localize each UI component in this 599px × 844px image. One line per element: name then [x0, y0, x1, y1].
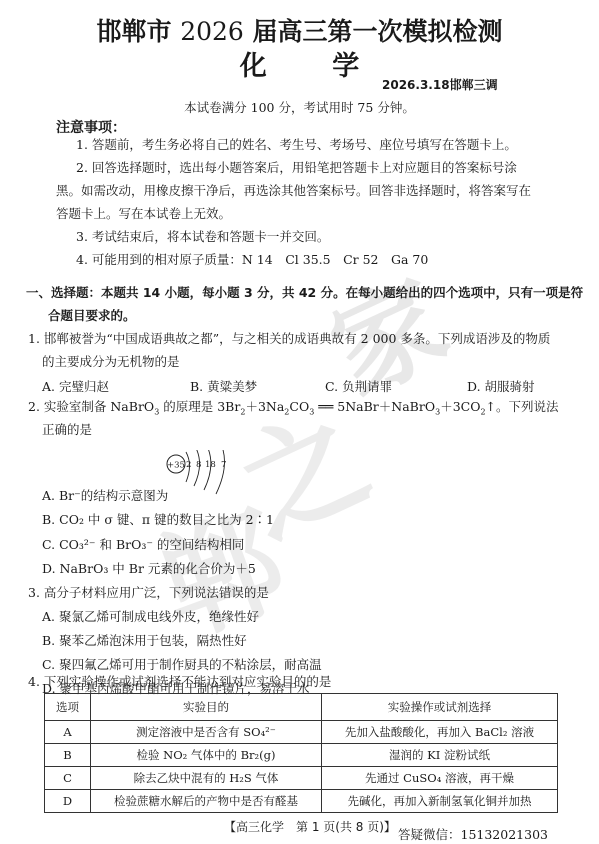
cell-option: D — [45, 790, 91, 813]
notice-item-4: 4. 可能用到的相对原子质量：N 14 Cl 35.5 Cr 52 Ga 70 — [76, 249, 428, 272]
cell-purpose: 除去乙炔中混有的 H₂S 气体 — [91, 767, 322, 790]
q2-stem-part: ＋3Na — [245, 399, 284, 414]
cell-operation: 先通过 CuSO₄ 溶液，再干燥 — [322, 767, 558, 790]
notice-item-2: 2. 回答选择题时，选出每小题答案后，用铅笔把答题卡上对应题目的答案标号涂 — [76, 157, 517, 180]
table-row: D 检验蔗糖水解后的产物中是否有醛基 先碱化，再加入新制氢氧化铜并加热 — [45, 790, 558, 813]
q4-stem: 4. 下列实验操作或试剂选择不能达到对应实验目的的是 — [28, 672, 331, 690]
q2-stem-part: ＋3CO — [440, 399, 480, 414]
header-purpose: 实验目的 — [91, 694, 322, 721]
q1-option-b: B. 黄粱美梦 — [190, 377, 257, 395]
table-row: C 除去乙炔中混有的 H₂S 气体 先通过 CuSO₄ 溶液，再干燥 — [45, 767, 558, 790]
section-heading: 一、选择题：本题共 14 小题，每小题 3 分，共 42 分。在每小题给出的四个… — [26, 282, 583, 305]
subject-char: 学 — [332, 44, 359, 83]
experiment-table: 选项 实验目的 实验操作或试剂选择 A 测定溶液中是否含有 SO₄²⁻ 先加入盐… — [44, 693, 558, 813]
svg-text:7: 7 — [221, 460, 226, 470]
notice-item-2-cont2: 答题卡上。写在本试卷上无效。 — [56, 203, 231, 226]
exam-title: 邯郸市 2026 届高三第一次模拟检测 — [0, 12, 599, 48]
cell-purpose: 检验蔗糖水解后的产物中是否有醛基 — [91, 790, 322, 813]
q1-option-a: A. 完璧归赵 — [42, 377, 109, 395]
header-operation: 实验操作或试剂选择 — [322, 694, 558, 721]
cell-operation: 湿润的 KI 淀粉试纸 — [322, 744, 558, 767]
q2-stem-part: CO — [289, 399, 309, 414]
title-suffix: 届高三第一次模拟检测 — [253, 17, 503, 46]
svg-text:18: 18 — [205, 460, 216, 470]
table-row: A 测定溶液中是否含有 SO₄²⁻ 先加入盐酸酸化，再加入 BaCl₂ 溶液 — [45, 721, 558, 744]
header-option: 选项 — [45, 694, 91, 721]
q3-option-a: A. 聚氯乙烯可制成电线外皮，绝缘性好 — [42, 607, 259, 625]
cell-purpose: 检验 NO₂ 气体中的 Br₂(g) — [91, 744, 322, 767]
title-prefix: 邯郸市 — [96, 17, 171, 46]
q2-option-b: B. CO₂ 中 σ 键、π 键的数目之比为 2∶1 — [42, 510, 274, 528]
notice-item-2-cont: 黑。如需改动，用橡皮擦干净后，再选涂其他答案标号。回答非选择题时，将答案写在 — [56, 180, 531, 203]
q2-stem: 2. 实验室制备 NaBrO3 的原理是 3Br2＋3Na2CO3 ══ 5Na… — [28, 396, 559, 419]
cell-option: B — [45, 744, 91, 767]
cell-option: C — [45, 767, 91, 790]
cell-option: A — [45, 721, 91, 744]
exam-info: 本试卷满分 100 分，考试用时 75 分钟。 — [0, 98, 599, 116]
q1-option-c: C. 负荆请罪 — [325, 377, 392, 395]
notice-item-1: 1. 答题前，考生务必将自己的姓名、考生号、考场号、座位号填写在答题卡上。 — [76, 134, 517, 157]
q2-option-c: C. CO₃²⁻ 和 BrO₃⁻ 的空间结构相同 — [42, 535, 244, 553]
wechat-contact: 答疑微信：15132021303 — [398, 825, 548, 843]
notice-item-3: 3. 考试结束后，将本试卷和答题卡一并交回。 — [76, 226, 329, 249]
section-heading-cont: 合题目要求的。 — [48, 305, 136, 328]
table-row: B 检验 NO₂ 气体中的 Br₂(g) 湿润的 KI 淀粉试纸 — [45, 744, 558, 767]
svg-text:+35: +35 — [167, 461, 185, 471]
svg-text:8: 8 — [196, 460, 201, 470]
cell-purpose: 测定溶液中是否含有 SO₄²⁻ — [91, 721, 322, 744]
q2-stem-part: ↑。下列说法 — [486, 399, 559, 414]
q2-stem-part: 的原理是 3Br — [159, 399, 240, 414]
q2-option-d: D. NaBrO₃ 中 Br 元素的化合价为＋5 — [42, 559, 256, 577]
exam-page: 家 之 郸 邯郸市 2026 届高三第一次模拟检测 化 学 2026.3.18邯… — [0, 0, 599, 844]
q2-option-a: A. Br⁻的结构示意图为 — [42, 486, 168, 504]
table-header-row: 选项 实验目的 实验操作或试剂选择 — [45, 694, 558, 721]
q2-stem-part: 2. 实验室制备 NaBrO — [28, 399, 154, 414]
exam-date: 2026.3.18邯郸三调 — [382, 76, 498, 93]
subject-title: 化 学 — [0, 44, 599, 83]
q4-stem-text: 4. 下列实验操作或试剂选择不能达到对应实验目的的是 — [28, 674, 331, 689]
q1-stem: 1. 邯郸被誉为“中国成语典故之都”，与之相关的成语典故有 2 000 多条。下… — [28, 328, 550, 351]
q2-stem-cont: 正确的是 — [42, 419, 92, 442]
q3-stem: 3. 高分子材料应用广泛，下列说法错误的是 — [28, 583, 269, 601]
page-footer: 【高三化学 第 1 页(共 8 页)】 — [224, 818, 396, 835]
cell-operation: 先碱化，再加入新制氢氧化铜并加热 — [322, 790, 558, 813]
q2-stem-part: ══ 5NaBr＋NaBrO — [314, 399, 435, 414]
svg-text:2: 2 — [186, 460, 191, 470]
q3-option-c: C. 聚四氟乙烯可用于制作厨具的不粘涂层，耐高温 — [42, 655, 322, 673]
cell-operation: 先加入盐酸酸化，再加入 BaCl₂ 溶液 — [322, 721, 558, 744]
subject-char: 化 — [240, 44, 267, 83]
bromide-ion-structure-diagram: +35 2 8 18 7 — [166, 450, 236, 496]
q3-option-b: B. 聚苯乙烯泡沫用于包装，隔热性好 — [42, 631, 247, 649]
q1-option-d: D. 胡服骑射 — [467, 377, 535, 395]
title-year: 2026 — [180, 17, 244, 46]
q1-stem-cont: 的主要成分为无机物的是 — [42, 351, 180, 374]
